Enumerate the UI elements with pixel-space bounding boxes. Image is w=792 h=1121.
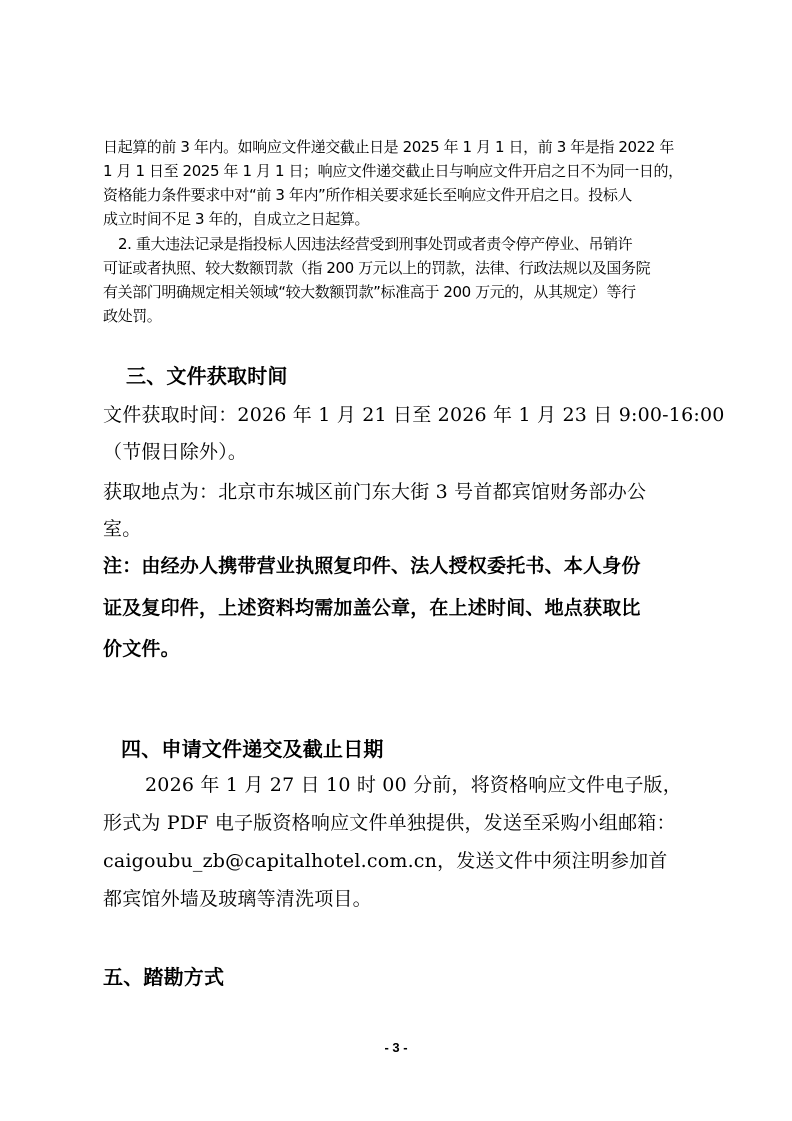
acquisition-time-line: 文件获取时间：2026 年 1 月 21 日至 2026 年 1 月 23 日 … bbox=[103, 400, 703, 427]
acquisition-note-line: 价文件。 bbox=[103, 634, 703, 661]
note-2-line: 2. 重大违法记录是指投标人因违法经营受到刑事处罚或者责令停产停业、吊销许 bbox=[118, 232, 718, 256]
acquisition-location-line: 室。 bbox=[103, 514, 703, 541]
note-1-line: 成立时间不足 3 年的，自成立之日起算。 bbox=[103, 207, 703, 231]
note-2-line: 可证或者执照、较大数额罚款（指 200 万元以上的罚款，法律、行政法规以及国务院 bbox=[103, 256, 703, 280]
acquisition-location-line: 获取地点为：北京市东城区前门东大街 3 号首都宾馆财务部办公 bbox=[103, 477, 703, 504]
document-page: 日起算的前 3 年内。如响应文件递交截止日是 2025 年 1 月 1 日，前 … bbox=[0, 0, 792, 1121]
submission-line: 形式为 PDF 电子版资格响应文件单独提供，发送至采购小组邮箱： bbox=[103, 808, 703, 835]
submission-line: 2026 年 1 月 27 日 10 时 00 分前，将资格响应文件电子版， bbox=[145, 770, 745, 797]
section-5-heading: 五、踏勘方式 bbox=[103, 961, 703, 990]
section-3-heading: 三、文件获取时间 bbox=[126, 360, 726, 389]
submission-line: 都宾馆外墙及玻璃等清洗项目。 bbox=[103, 884, 703, 911]
submission-email-line: caigoubu_zb@capitalhotel.com.cn，发送文件中须注明… bbox=[103, 846, 703, 873]
acquisition-note-line: 注：由经办人携带营业执照复印件、法人授权委托书、本人身份 bbox=[103, 551, 703, 578]
page-number: - 3 - bbox=[0, 1040, 792, 1055]
acquisition-time-line: （节假日除外）。 bbox=[103, 437, 703, 464]
note-1-line: 1 月 1 日至 2025 年 1 月 1 日；响应文件递交截止日与响应文件开启… bbox=[103, 159, 703, 183]
note-1-line: 资格能力条件要求中对“前 3 年内”所作相关要求延长至响应文件开启之日。投标人 bbox=[103, 183, 703, 207]
note-1-line: 日起算的前 3 年内。如响应文件递交截止日是 2025 年 1 月 1 日，前 … bbox=[103, 135, 703, 159]
note-2-line: 有关部门明确规定相关领域“较大数额罚款”标准高于 200 万元的，从其规定）等行 bbox=[103, 280, 703, 304]
section-4-heading: 四、申请文件递交及截止日期 bbox=[121, 733, 721, 762]
acquisition-note-line: 证及复印件，上述资料均需加盖公章，在上述时间、地点获取比 bbox=[103, 593, 703, 620]
note-2-line: 政处罚。 bbox=[103, 304, 703, 328]
